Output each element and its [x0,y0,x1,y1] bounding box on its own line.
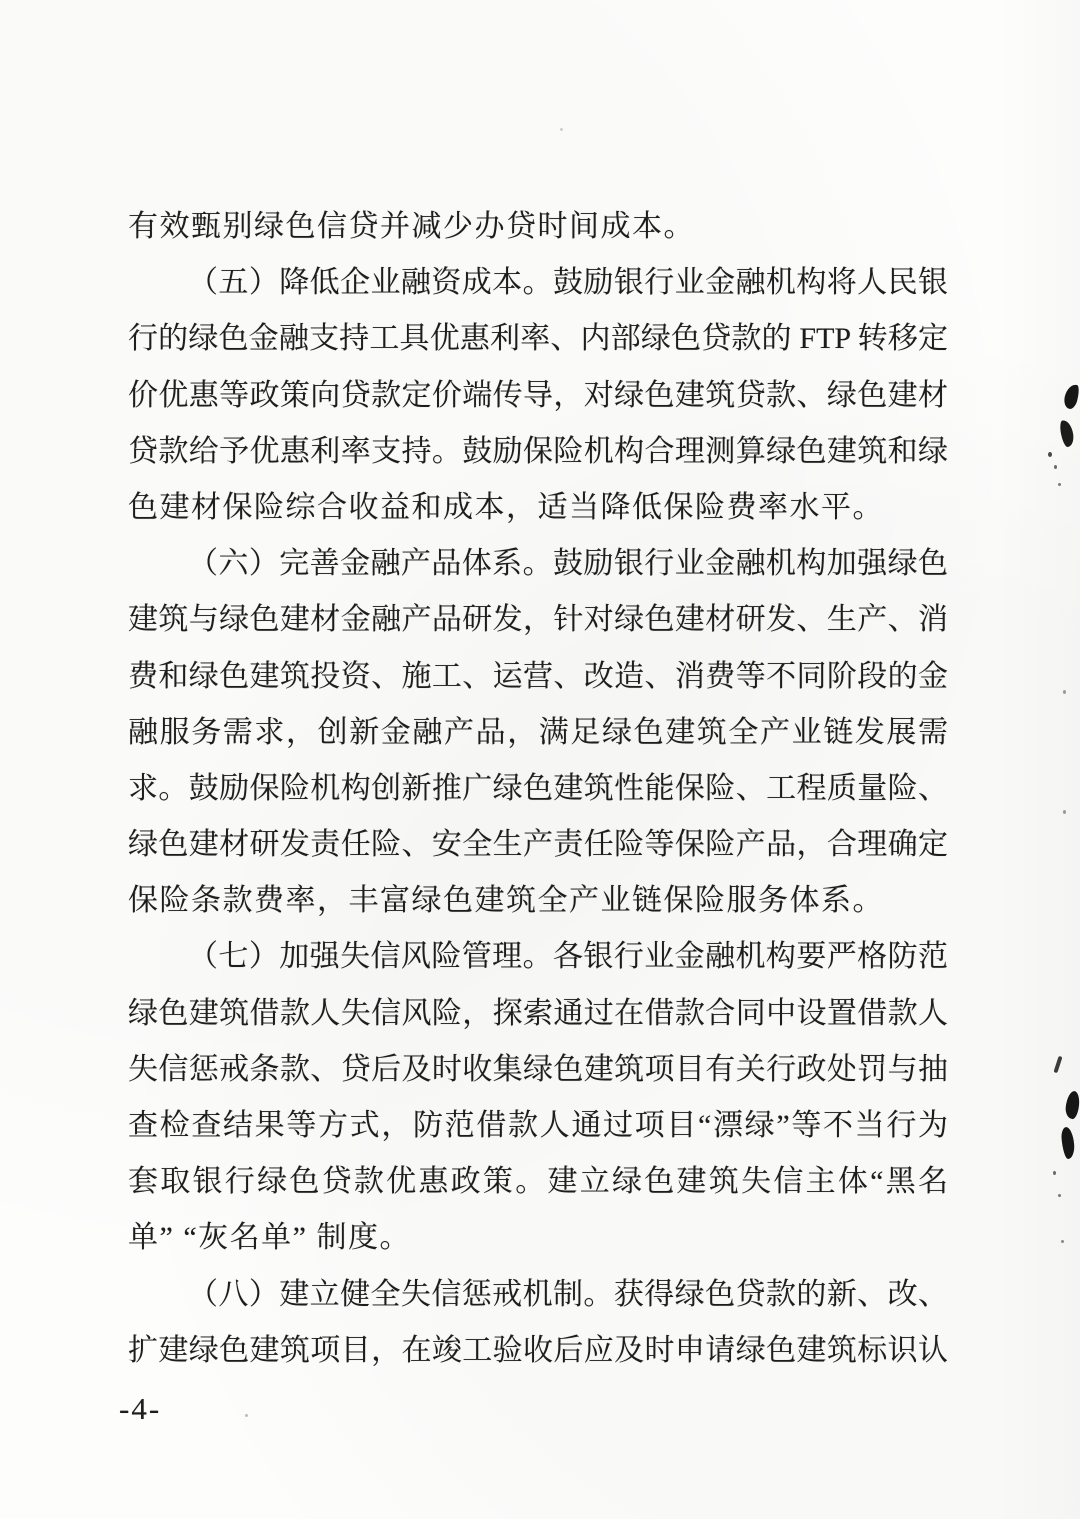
scan-speck [245,1414,248,1417]
text-line: 查检查结果等方式，防范借款人通过项目“漂绿”等不当行为 [128,1098,948,1154]
scan-speck [1061,1240,1064,1243]
text-line: 套取银行绿色贷款优惠政策。建立绿色建筑失信主体“黑名 [128,1154,948,1210]
page-number: -4- [119,1386,161,1432]
document-body-text: 有效甄别绿色信贷并减少办贷时间成本。 （五）降低企业融资成本。鼓励银行业金融机构… [128,199,948,1379]
scan-speck [1053,1171,1056,1175]
text-line: 贷款给予优惠利率支持。鼓励保险机构合理测算绿色建筑和绿 [128,424,948,480]
scan-speck [1058,483,1061,486]
scan-speck [560,128,563,131]
text-line: 融服务需求，创新金融产品，满足绿色建筑全产业链发展需 [128,705,948,761]
text-line-paragraph-5-start: （五）降低企业融资成本。鼓励银行业金融机构将人民银 [128,255,948,311]
ink-smudge [1059,419,1075,448]
scan-speck [1058,1194,1061,1197]
ink-smudge [1065,1090,1080,1119]
text-line: 价优惠等政策向贷款定价端传导，对绿色建筑贷款、绿色建材 [128,368,948,424]
text-line: 有效甄别绿色信贷并减少办贷时间成本。 [128,199,948,255]
text-line: 求。鼓励保险机构创新推广绿色建筑性能保险、工程质量险、 [128,761,948,817]
scan-speck [1063,810,1066,814]
text-line: 单” “灰名单” 制度。 [128,1210,948,1266]
scan-speck [1048,452,1052,457]
scan-speck [1054,465,1057,469]
text-line: 建筑与绿色建材金融产品研发，针对绿色建材研发、生产、消 [128,592,948,648]
text-line: 失信惩戒条款、贷后及时收集绿色建筑项目有关行政处罚与抽 [128,1042,948,1098]
text-line: 保险条款费率，丰富绿色建筑全产业链保险服务体系。 [128,873,948,929]
scan-speck [1063,690,1066,694]
text-line: 色建材保险综合收益和成本，适当降低保险费率水平。 [128,480,948,536]
ink-smudge [1062,383,1080,410]
text-line: 扩建绿色建筑项目，在竣工验收后应及时申请绿色建筑标识认 [128,1323,948,1379]
text-line: 行的绿色金融支持工具优惠利率、内部绿色贷款的 FTP 转移定 [128,311,948,367]
text-line-paragraph-6-start: （六）完善金融产品体系。鼓励银行业金融机构加强绿色 [128,536,948,592]
scanned-document-page: 有效甄别绿色信贷并减少办贷时间成本。 （五）降低企业融资成本。鼓励银行业金融机构… [0,0,1080,1519]
text-line-paragraph-8-start: （八）建立健全失信惩戒机制。获得绿色贷款的新、改、 [128,1267,948,1323]
ink-smudge [1061,1127,1076,1160]
text-line: 费和绿色建筑投资、施工、运营、改造、消费等不同阶段的金 [128,649,948,705]
ink-smudge [1053,1056,1062,1073]
text-line-paragraph-7-start: （七）加强失信风险管理。各银行业金融机构要严格防范 [128,929,948,985]
text-line: 绿色建材研发责任险、安全生产责任险等保险产品，合理确定 [128,817,948,873]
text-line: 绿色建筑借款人失信风险，探索通过在借款合同中设置借款人 [128,986,948,1042]
